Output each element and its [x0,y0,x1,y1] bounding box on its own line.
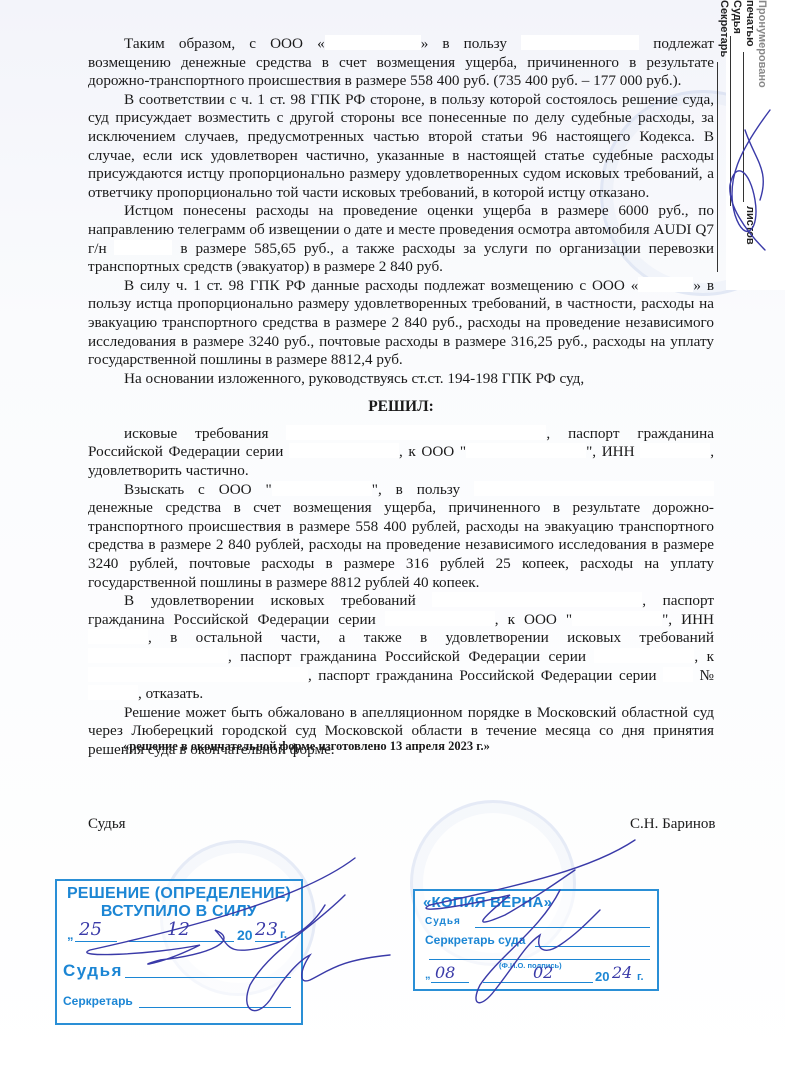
side-stamp-line [730,36,731,206]
stamp-year-suffix: 23 [255,919,278,940]
redacted-passport [385,611,495,626]
judge-name: С.Н. Баринов [630,816,716,833]
stamp-copy-judge-line [475,927,650,928]
redacted-plaintiff [88,648,228,663]
paragraph-reimbursement: В силу ч. 1 ст. 98 ГПК РФ данные расходы… [88,277,714,370]
stamp-copy-month-line [483,982,593,983]
stamp-title-line1: РЕШЕНИЕ (ОПРЕДЕЛЕНИЕ) [57,885,301,903]
redacted-company [638,277,693,292]
final-form-note: «решение в окончательной форме изготовле… [123,739,490,754]
stamp-secretary-line [139,1007,291,1008]
stamp-month-line [129,941,234,942]
stamp-year-end: г. [280,927,287,941]
redacted-passport [594,648,694,663]
paragraph-basis: На основании изложенного, руководствуясь… [88,370,714,389]
stamp-judge-line [125,977,291,978]
stamp-day: 25 [79,919,102,940]
paragraph-conclusion: Таким образом, с ООО «» в пользу подлежа… [88,35,714,91]
judge-label: Судья [88,816,126,833]
redacted-inn [640,443,710,458]
redacted-company [572,611,662,626]
document-body: Таким образом, с ООО «» в пользу подлежа… [88,35,714,760]
redacted-inn [88,629,148,644]
stamp-judge-label: Судья [63,961,123,981]
redacted-plaintiff [286,425,546,440]
stamp-day-line [75,941,117,942]
stamp-copy-judge-label: Судья [425,916,461,927]
stamp-copy-year-end: г. [637,971,644,983]
stamp-month: 12 [167,919,190,940]
side-stamp-seal-label: печатью [744,0,756,47]
redacted-plaintiff [521,35,639,50]
stamp-copy-year-suffix: 24 [612,963,632,982]
stamp-copy-secretary-label: Серкретарь суда [425,933,525,947]
stamp-copy-title: «КОПИЯ ВЕРНА» [423,894,657,911]
stamp-quote: „ [67,927,74,942]
redacted-plaintiff [474,481,714,496]
stamp-copy-day-line [431,982,469,983]
stamp-copy-secretary-line [535,946,650,947]
redacted-passport-number [88,685,138,700]
decision-partial-satisfaction: исковые требования , паспорт гражданина … [88,425,714,481]
side-stamp-judge-label: Судья [731,0,743,34]
side-stamp-line [743,52,744,202]
redacted-passport [663,667,693,682]
decision-heading: РЕШИЛ: [88,398,714,417]
side-stamp-secretary-label: Секретарь [718,0,730,57]
stamp-entered-into-force: РЕШЕНИЕ (ОПРЕДЕЛЕНИЕ) ВСТУПИЛО В СИЛУ „ … [55,879,303,1025]
paragraph-legal-basis: В соответствии с ч. 1 ст. 98 ГПК РФ стор… [88,91,714,203]
stamp-year-prefix: 20 [237,927,253,943]
stamp-copy-year-prefix: 20 [595,969,609,984]
redacted-defendant [88,667,308,682]
side-stamp-line [717,62,718,272]
stamp-copy-day: 08 [435,963,455,982]
side-stamp-numbered-label: Пронумеровано [756,0,768,88]
redacted-plate [114,240,172,255]
paragraph-expenses: Истцом понесены расходы на проведение оц… [88,202,714,276]
redacted-company [466,443,586,458]
stamp-copy-true: «КОПИЯ ВЕРНА» Судья Серкретарь суда (Ф.И… [413,889,659,991]
stamp-year-line [255,941,279,942]
redacted-plaintiff [432,592,642,607]
redacted-company [272,481,372,496]
stamp-copy-month: 02 [533,963,553,982]
side-stamp-sheets-label: листов [744,206,756,245]
decision-refuse: В удовлетворении исковых требований , па… [88,592,714,704]
stamp-copy-quote: „ [425,969,431,981]
stamp-copy-fio-line [429,959,650,960]
decision-recover: Взыскать с ООО "", в пользу денежные сре… [88,481,714,593]
redacted-passport [289,443,399,458]
stamp-secretary-label: Серкретарь [63,994,133,1008]
document-page: Таким образом, с ООО «» в пользу подлежа… [0,0,785,1080]
redacted-company [325,35,421,50]
